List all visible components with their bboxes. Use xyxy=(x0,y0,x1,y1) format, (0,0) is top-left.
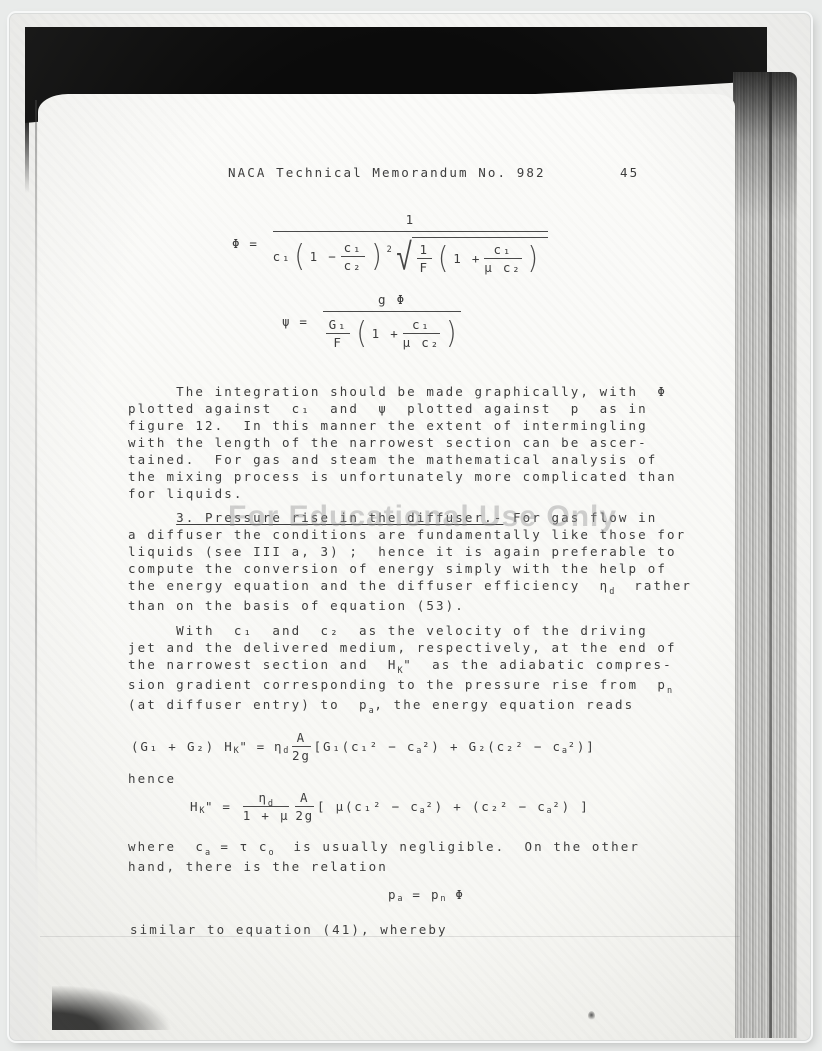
fraction-denominator: 2g xyxy=(295,807,314,823)
formula-phi-lhs: Φ xyxy=(232,236,241,251)
term-phi: Φ xyxy=(446,887,465,902)
faint-scan-line xyxy=(40,936,740,937)
open-paren: ( xyxy=(438,243,450,273)
paragraph-negligible: where ca = τ co is usually negligible. O… xyxy=(128,838,640,875)
text-line: the mixing process is unfortunately more… xyxy=(128,468,677,485)
text-line: tained. For gas and steam the mathematic… xyxy=(128,451,677,468)
fraction-numerator: A xyxy=(294,730,309,746)
text-segment: , the energy equation reads xyxy=(374,697,634,712)
subscript-a: a xyxy=(397,894,403,904)
subscript-K: K xyxy=(398,666,404,676)
formula-hk-double-prime: H K " = ηd 1 + μ A 2g [ μ(c₁² − c a ²) +… xyxy=(190,790,590,823)
formula-pa-pn-phi: p a = p n Φ xyxy=(388,887,465,902)
subscript-a: a xyxy=(547,806,553,816)
double-prime: " xyxy=(239,739,248,754)
fraction-numerator: A xyxy=(297,790,312,806)
term-eta: η xyxy=(259,790,268,805)
bracket-segment: [ μ(c₁² − c xyxy=(317,799,420,814)
double-prime: " xyxy=(205,799,214,814)
page-title: NACA Technical Memorandum No. 982 xyxy=(228,165,546,180)
bracket-segment: [G₁(c₁² − c xyxy=(314,739,417,754)
fraction-numerator: G₁ xyxy=(326,317,351,333)
text-line: With c₁ and c₂ as the velocity of the dr… xyxy=(128,622,677,639)
page-number: 45 xyxy=(620,164,639,181)
subscript-d: d xyxy=(268,799,274,809)
term-H: H xyxy=(190,799,199,814)
text-line: with the length of the narrowest section… xyxy=(128,434,677,451)
subscript-o: o xyxy=(269,848,275,858)
scanned-page-photo: NACA Technical Memorandum No. 982 45 Φ =… xyxy=(10,14,810,1040)
equals-sign: = xyxy=(403,887,431,902)
text-line: the narrowest section and HK" as the adi… xyxy=(128,656,677,676)
fraction-numerator: ηd xyxy=(256,790,277,806)
fraction-eta-d-over-1-plus-mu: ηd 1 + μ xyxy=(243,790,290,823)
paragraph-integration: The integration should be made graphical… xyxy=(128,383,677,502)
subscript-a: a xyxy=(416,746,422,756)
fraction-denominator: 2g xyxy=(292,747,311,763)
fraction-numerator: 1 xyxy=(417,242,432,258)
indent xyxy=(128,510,176,525)
subscript-n: n xyxy=(667,686,673,696)
equals-sign: = xyxy=(257,739,266,754)
subscript-d: d xyxy=(283,746,289,756)
fraction-G1-F: G₁ F xyxy=(326,317,351,350)
fraction-denominator: c₂ xyxy=(344,257,363,273)
bracket-segment: ²) + G₂(c₂² − c xyxy=(422,739,562,754)
fraction-main: g Φ G₁ F ( 1 + c₁ μ c₂ ) xyxy=(323,292,462,350)
book-spine-line xyxy=(35,100,37,880)
fraction-c1-mu-c2: c₁ μ c₂ xyxy=(403,317,440,350)
text-segment: (at diffuser entry) to p xyxy=(128,697,369,712)
fraction-numerator: c₁ xyxy=(341,240,366,256)
text-line: hand, there is the relation xyxy=(128,858,640,875)
text-segment: where c xyxy=(128,839,205,854)
left-edge-dark-sliver xyxy=(25,28,29,193)
text-line: where ca = τ co is usually negligible. O… xyxy=(128,838,640,858)
formula-psi-lhs: ψ xyxy=(282,314,291,329)
fraction-denominator: F xyxy=(333,334,342,350)
text-line: plotted against c₁ and ψ plotted against… xyxy=(128,400,677,417)
watermark-educational-use: For Educational Use Only xyxy=(228,500,617,534)
subscript-a: a xyxy=(369,706,375,716)
radicand: 1 F ( 1 + c₁ μ c₂ ) xyxy=(412,237,548,275)
page-stack-dark-line xyxy=(769,72,772,1038)
bottom-left-page-curl-shadow xyxy=(52,986,237,1030)
text-segment: sion gradient corresponding to the press… xyxy=(128,677,667,692)
bracket-segment: ²) + (c₂² − c xyxy=(425,799,546,814)
fraction-denominator: μ c₂ xyxy=(484,259,521,275)
book-scan-screenshot: { "colors": { "ink": "#3d3d3d", "paper":… xyxy=(0,0,822,1051)
page-header: NACA Technical Memorandum No. 982 xyxy=(228,164,546,181)
open-paren: ( xyxy=(294,241,306,271)
fraction-main: 1 c₁ ( 1 − c₁ c₂ ) 2 √ 1 xyxy=(273,212,548,275)
subscript-K: K xyxy=(199,806,205,816)
close-paren: ) xyxy=(371,241,383,271)
term-eta: η xyxy=(274,739,283,754)
term-one-minus: 1 − xyxy=(310,249,338,264)
fraction-denominator: F xyxy=(420,259,429,275)
subscript-a: a xyxy=(420,806,426,816)
subscript-a: a xyxy=(562,746,568,756)
radical-sign: √ xyxy=(396,238,413,276)
text-line: (at diffuser entry) to pa, the energy eq… xyxy=(128,696,677,716)
book-page: NACA Technical Memorandum No. 982 45 Φ =… xyxy=(38,94,735,1040)
fraction-numerator: 1 xyxy=(396,212,425,231)
formula-energy-equation: (G₁ + G₂) H K " = η d A 2g [G₁(c₁² − c a… xyxy=(131,730,596,763)
formula-phi: Φ = 1 c₁ ( 1 − c₁ c₂ ) 2 √ xyxy=(232,212,548,275)
text-line: the energy equation and the diffuser eff… xyxy=(128,577,692,597)
close-paren: ) xyxy=(446,318,458,348)
term-G1-plus-G2-H: (G₁ + G₂) H xyxy=(131,739,234,754)
exponent-2: 2 xyxy=(387,245,393,255)
fraction-A-2g: A 2g xyxy=(295,790,314,823)
formula-psi: ψ = g Φ G₁ F ( 1 + c₁ μ c₂ xyxy=(282,292,461,350)
fraction-denominator: μ c₂ xyxy=(403,334,440,350)
term-one-plus: 1 + xyxy=(453,251,481,266)
line-hence: hence xyxy=(128,770,176,787)
term-p: p xyxy=(431,887,440,902)
term-c1: c₁ xyxy=(273,249,292,264)
text-line: sion gradient corresponding to the press… xyxy=(128,676,677,696)
text-line: than on the basis of equation (53). xyxy=(128,597,692,614)
fraction-c1-mu-c2: c₁ μ c₂ xyxy=(484,242,521,275)
close-paren: ) xyxy=(528,243,540,273)
text-segment: is usually negligible. On the other xyxy=(274,839,640,854)
fraction-numerator: c₁ xyxy=(491,242,516,258)
bracket-segment: ²)] xyxy=(568,739,596,754)
equals-sign: = xyxy=(249,236,258,251)
text-segment: = τ c xyxy=(211,839,269,854)
equals-sign: = xyxy=(299,314,308,329)
fraction-numerator: g Φ xyxy=(368,292,416,311)
fraction-denominator: c₁ ( 1 − c₁ c₂ ) 2 √ 1 F xyxy=(273,232,548,275)
fraction-c1-c2: c₁ c₂ xyxy=(341,240,366,273)
subscript-n: n xyxy=(440,894,446,904)
fraction-denominator: G₁ F ( 1 + c₁ μ c₂ ) xyxy=(323,312,462,350)
text-segment: rather xyxy=(615,578,692,593)
subscript-K: K xyxy=(234,746,240,756)
text-line: liquids (see III a, 3) ; hence it is aga… xyxy=(128,543,692,560)
text-segment: the narrowest section and H xyxy=(128,657,398,672)
bracket-segment: ²) ] xyxy=(552,799,589,814)
book-page-stack-edge xyxy=(733,72,797,1038)
fraction-1-F: 1 F xyxy=(417,242,432,275)
fraction-numerator: c₁ xyxy=(409,317,434,333)
ink-smudge-mark xyxy=(588,1011,595,1021)
paragraph-velocity: With c₁ and c₂ as the velocity of the dr… xyxy=(128,622,677,716)
subscript-a: a xyxy=(205,848,211,858)
text-segment: " as the adiabatic compres- xyxy=(403,657,673,672)
text-line: The integration should be made graphical… xyxy=(128,383,677,400)
subscript-d: d xyxy=(609,587,615,597)
term-one-plus: 1 + xyxy=(372,326,400,341)
fraction-A-2g: A 2g xyxy=(292,730,311,763)
open-paren: ( xyxy=(356,318,368,348)
text-segment: the energy equation and the diffuser eff… xyxy=(128,578,609,593)
text-line: jet and the delivered medium, respective… xyxy=(128,639,677,656)
text-line: compute the conversion of energy simply … xyxy=(128,560,692,577)
text-line: figure 12. In this manner the extent of … xyxy=(128,417,677,434)
fraction-denominator: 1 + μ xyxy=(243,807,290,823)
equals-sign: = xyxy=(222,799,231,814)
term-p: p xyxy=(388,887,397,902)
